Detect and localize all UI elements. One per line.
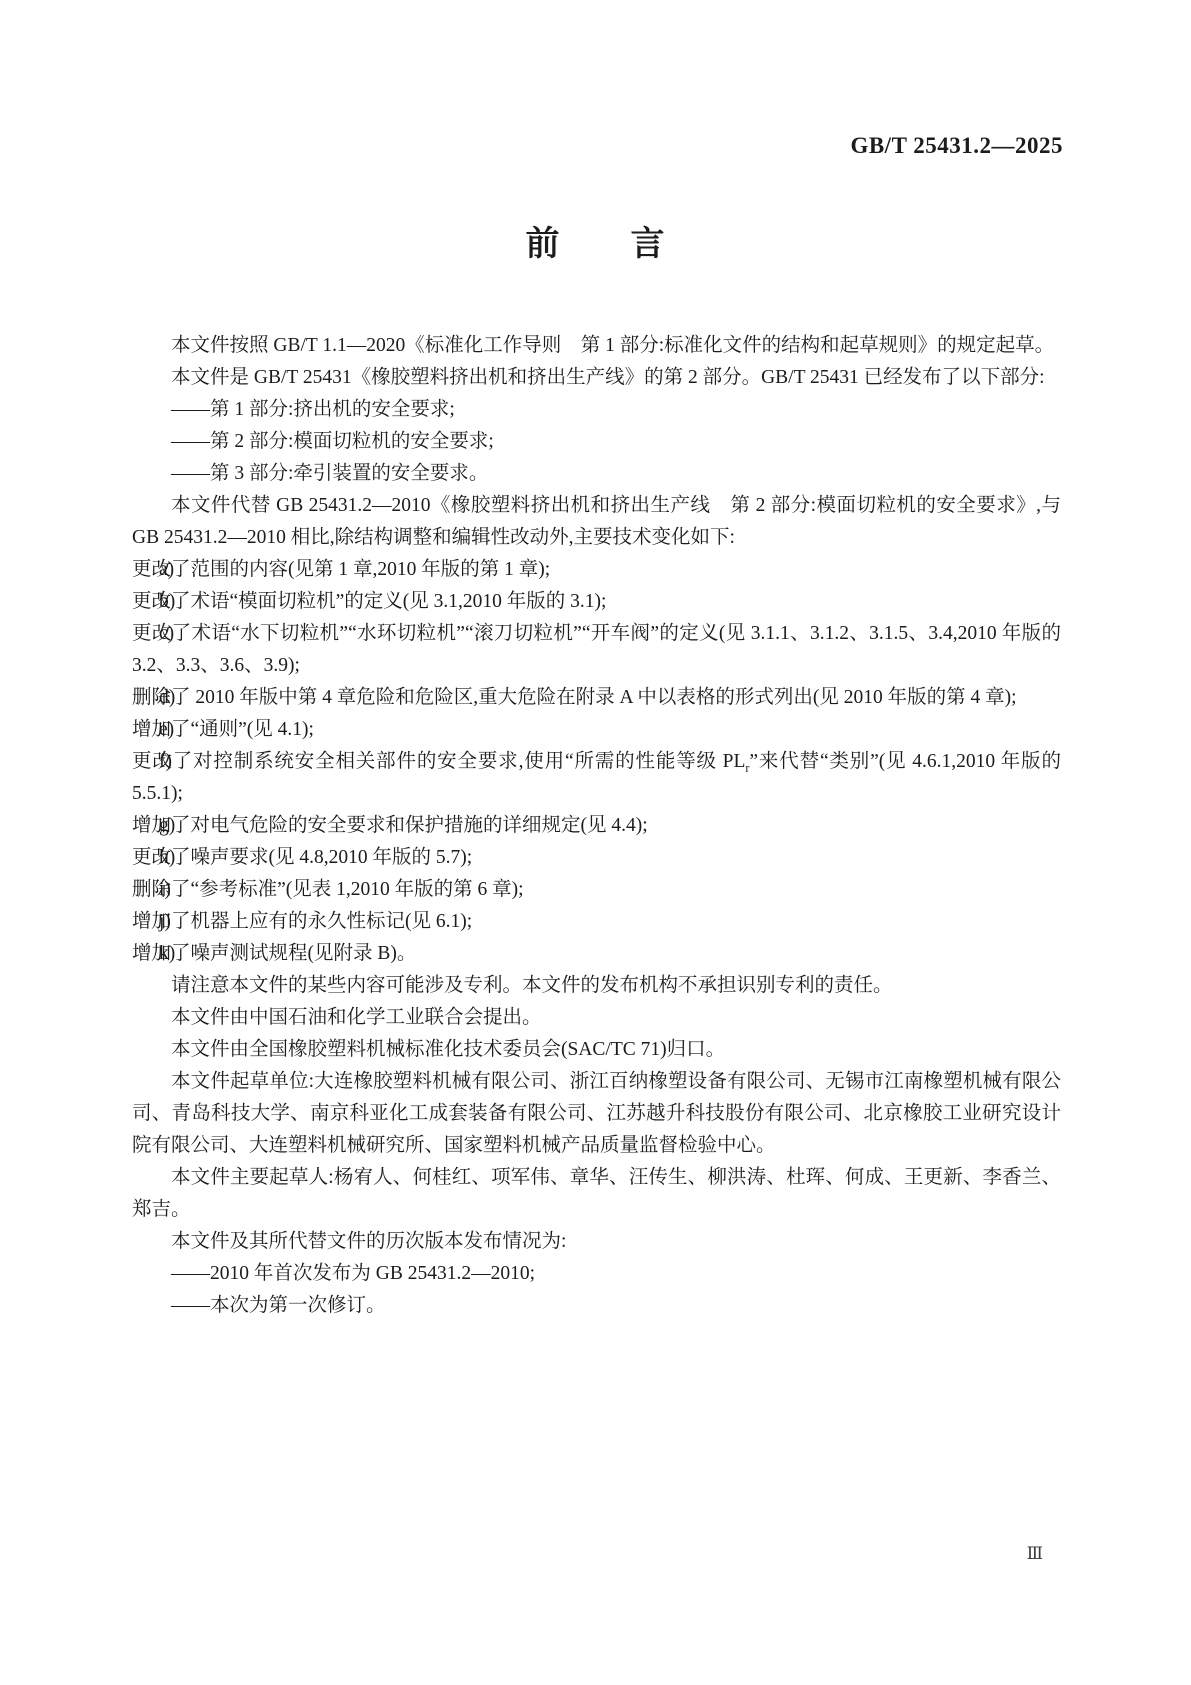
foreword-title: 前 言	[0, 216, 1191, 265]
change-item-e: e) 增加了“通则”(见 4.1);	[132, 714, 1061, 746]
change-item-label: c)	[159, 618, 174, 650]
page-number: Ⅲ	[1027, 1544, 1043, 1564]
change-item-text: 增加了机器上应有的永久性标记(见 6.1);	[132, 911, 472, 932]
change-item-label: e)	[159, 714, 174, 746]
change-item-g: g) 增加了对电气危险的安全要求和保护措施的详细规定(见 4.4);	[132, 810, 1061, 842]
paragraph-replacement: 本文件代替 GB 25431.2—2010《橡胶塑料挤出机和挤出生产线 第 2 …	[132, 490, 1061, 554]
paragraph-committee: 本文件由全国橡胶塑料机械标准化技术委员会(SAC/TC 71)归口。	[132, 1034, 1061, 1066]
change-item-c: c) 更改了术语“水下切粒机”“水环切粒机”“滚刀切粒机”“开车阀”的定义(见 …	[132, 618, 1061, 682]
history-item: ——2010 年首次发布为 GB 25431.2—2010;	[132, 1258, 1061, 1290]
paragraph-series-intro: 本文件是 GB/T 25431《橡胶塑料挤出机和挤出生产线》的第 2 部分。GB…	[132, 362, 1061, 394]
change-item-text: 增加了对电气危险的安全要求和保护措施的详细规定(见 4.4);	[132, 815, 648, 836]
paragraph-history-intro: 本文件及其所代替文件的历次版本发布情况为:	[132, 1226, 1061, 1258]
document-page: GB/T 25431.2—2025 前 言 本文件按照 GB/T 1.1—202…	[0, 0, 1191, 1685]
paragraph-proposer: 本文件由中国石油和化学工业联合会提出。	[132, 1002, 1061, 1034]
paragraph-patent-notice: 请注意本文件的某些内容可能涉及专利。本文件的发布机构不承担识别专利的责任。	[132, 970, 1061, 1002]
history-item: ——本次为第一次修订。	[132, 1290, 1061, 1322]
change-item-label: h)	[159, 842, 175, 874]
change-item-f: f) 更改了对控制系统安全相关部件的安全要求,使用“所需的性能等级 PLr”来代…	[132, 746, 1061, 810]
change-item-label: k)	[159, 938, 175, 970]
change-item-text: 更改了术语“模面切粒机”的定义(见 3.1,2010 年版的 3.1);	[132, 591, 606, 612]
change-item-a: a) 更改了范围的内容(见第 1 章,2010 年版的第 1 章);	[132, 554, 1061, 586]
change-item-text: 更改了对控制系统安全相关部件的安全要求,使用“所需的性能等级 PLr”来代替“类…	[132, 751, 1061, 804]
standard-number: GB/T 25431.2—2025	[850, 133, 1063, 159]
paragraph-drafters: 本文件主要起草人:杨宥人、何桂红、项军伟、章华、汪传生、柳洪涛、杜珲、何成、王更…	[132, 1162, 1061, 1226]
change-item-label: d)	[159, 682, 175, 714]
change-item-label: f)	[159, 746, 172, 778]
change-item-label: i)	[159, 874, 171, 906]
change-item-text: 更改了范围的内容(见第 1 章,2010 年版的第 1 章);	[132, 559, 550, 580]
paragraph-drafting-organizations: 本文件起草单位:大连橡胶塑料机械有限公司、浙江百纳橡塑设备有限公司、无锡市江南橡…	[132, 1066, 1061, 1162]
change-item-k: k) 增加了噪声测试规程(见附录 B)。	[132, 938, 1061, 970]
change-item-text: 更改了噪声要求(见 4.8,2010 年版的 5.7);	[132, 847, 472, 868]
change-item-label: g)	[159, 810, 175, 842]
change-item-j: j) 增加了机器上应有的永久性标记(见 6.1);	[132, 906, 1061, 938]
change-item-text: 删除了“参考标准”(见表 1,2010 年版的第 6 章);	[132, 879, 524, 900]
change-item-d: d) 删除了 2010 年版中第 4 章危险和危险区,重大危险在附录 A 中以表…	[132, 682, 1061, 714]
paragraph-drafting-basis: 本文件按照 GB/T 1.1—2020《标准化工作导则 第 1 部分:标准化文件…	[132, 330, 1061, 362]
change-item-text: 删除了 2010 年版中第 4 章危险和危险区,重大危险在附录 A 中以表格的形…	[132, 687, 1017, 708]
change-item-text-before: 更改了对控制系统安全相关部件的安全要求,使用“所需的性能等级 PL	[132, 751, 745, 772]
change-item-label: b)	[159, 586, 175, 618]
change-item-b: b) 更改了术语“模面切粒机”的定义(见 3.1,2010 年版的 3.1);	[132, 586, 1061, 618]
foreword-body: 本文件按照 GB/T 1.1—2020《标准化工作导则 第 1 部分:标准化文件…	[132, 330, 1061, 1322]
series-part-item: ——第 3 部分:牵引装置的安全要求。	[132, 458, 1061, 490]
change-item-label: j)	[159, 906, 171, 938]
change-item-text: 更改了术语“水下切粒机”“水环切粒机”“滚刀切粒机”“开车阀”的定义(见 3.1…	[132, 623, 1061, 676]
change-item-i: i) 删除了“参考标准”(见表 1,2010 年版的第 6 章);	[132, 874, 1061, 906]
change-item-h: h) 更改了噪声要求(见 4.8,2010 年版的 5.7);	[132, 842, 1061, 874]
series-part-item: ——第 1 部分:挤出机的安全要求;	[132, 394, 1061, 426]
series-part-item: ——第 2 部分:模面切粒机的安全要求;	[132, 426, 1061, 458]
change-item-label: a)	[159, 554, 174, 586]
